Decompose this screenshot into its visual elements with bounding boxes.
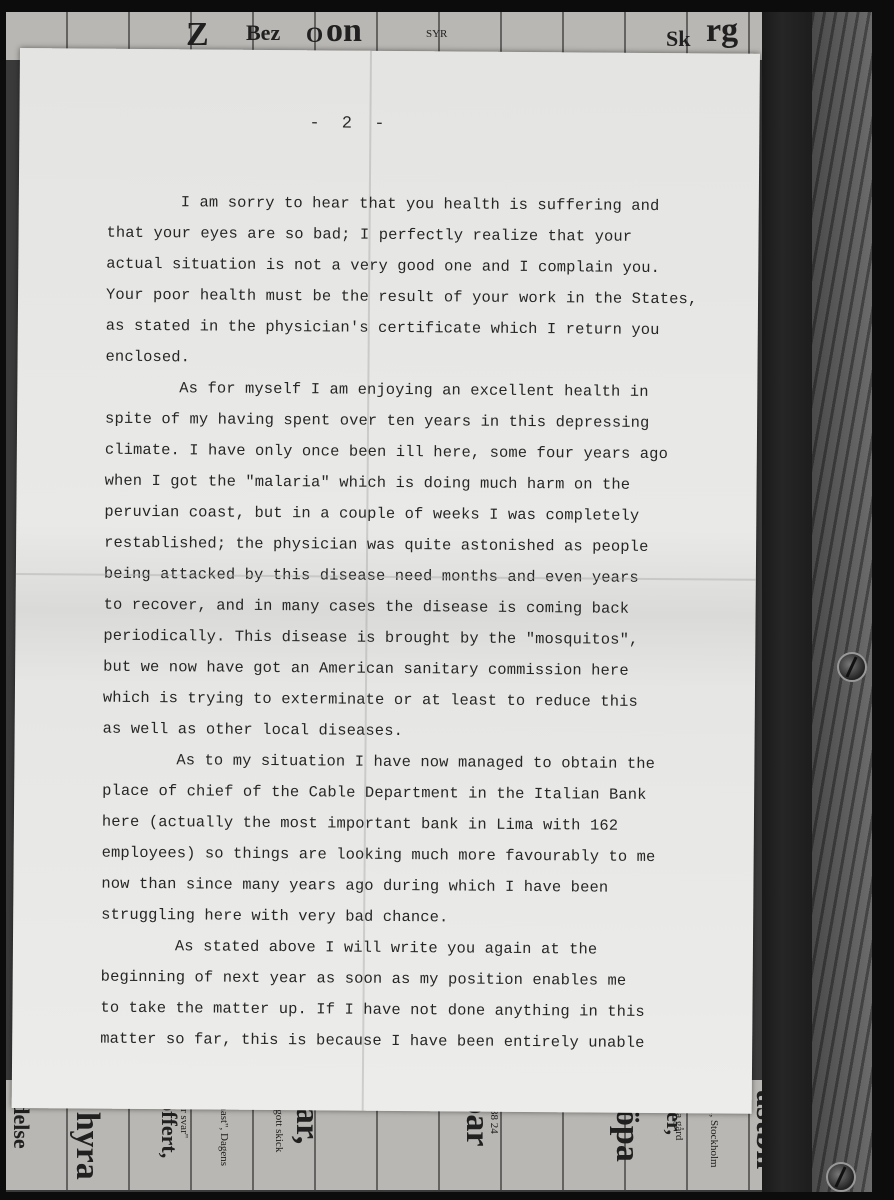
paragraph-situation: As to my situation I have now managed to…	[101, 745, 702, 936]
letter-page: - 2 - I am sorry to hear that you health…	[12, 48, 760, 1114]
wooden-frame	[812, 12, 872, 1192]
text-line: climate. I have only once been ill here,…	[105, 435, 705, 471]
text-line: that your eyes are so bad; I perfectly r…	[106, 218, 706, 254]
text-line: being attacked by this disease need mont…	[104, 559, 704, 595]
text-line: but we now have got an American sanitary…	[103, 652, 703, 688]
text-line: now than since many years ago during whi…	[101, 869, 701, 905]
text-line: periodically. This disease is brought by…	[103, 621, 703, 657]
news-fragment: Bez	[246, 20, 280, 46]
text-line: restablished; the physician was quite as…	[104, 528, 704, 564]
text-line: to take the matter up. If I have not don…	[100, 993, 700, 1029]
text-line: here (actually the most important bank i…	[102, 807, 702, 843]
page-number: - 2 -	[309, 114, 390, 134]
paragraph-myself: As for myself I am enjoying an excellent…	[103, 373, 706, 750]
news-fragment: SYR	[426, 28, 447, 40]
frame-inner-edge	[762, 12, 812, 1192]
text-line: as stated in the physician's certificate…	[106, 311, 706, 347]
text-line: I am sorry to hear that you health is su…	[107, 187, 707, 223]
news-fragment: rg	[706, 12, 738, 50]
text-line: matter so far, this is because I have be…	[100, 1024, 700, 1060]
letter-body: I am sorry to hear that you health is su…	[100, 187, 707, 1060]
glass-plate-negative: Z Bez O on SYR Sk rg ndelse s hyra koffe…	[6, 12, 872, 1192]
text-line: enclosed.	[105, 342, 705, 378]
text-line: spite of my having spent over ten years …	[105, 404, 705, 440]
screw-icon	[837, 652, 867, 682]
text-line: As to my situation I have now managed to…	[102, 745, 702, 781]
news-fragment: on	[326, 12, 362, 50]
text-line: Your poor health must be the result of y…	[106, 280, 706, 316]
text-line: when I got the "malaria" which is doing …	[104, 466, 704, 502]
text-line: actual situation is not a very good one …	[106, 249, 706, 285]
screw-icon	[826, 1162, 856, 1192]
paragraph-closing: As stated above I will write you again a…	[100, 931, 701, 1060]
text-line: which is trying to exterminate or at lea…	[103, 683, 703, 719]
news-fragment: Sk	[666, 26, 690, 52]
text-line: As stated above I will write you again a…	[101, 931, 701, 967]
text-line: struggling here with very bad chance.	[101, 900, 701, 936]
text-line: as well as other local diseases.	[103, 714, 703, 750]
news-fragment: Z	[186, 16, 209, 54]
text-line: peruvian coast, but in a couple of weeks…	[104, 497, 704, 533]
text-line: employees) so things are looking much mo…	[102, 838, 702, 874]
text-line: to recover, and in many cases the diseas…	[104, 590, 704, 626]
news-fragment: O	[306, 22, 323, 48]
text-line: As for myself I am enjoying an excellent…	[105, 373, 705, 409]
text-line: beginning of next year as soon as my pos…	[101, 962, 701, 998]
text-line: place of chief of the Cable Department i…	[102, 776, 702, 812]
paragraph-health: I am sorry to hear that you health is su…	[105, 187, 706, 378]
